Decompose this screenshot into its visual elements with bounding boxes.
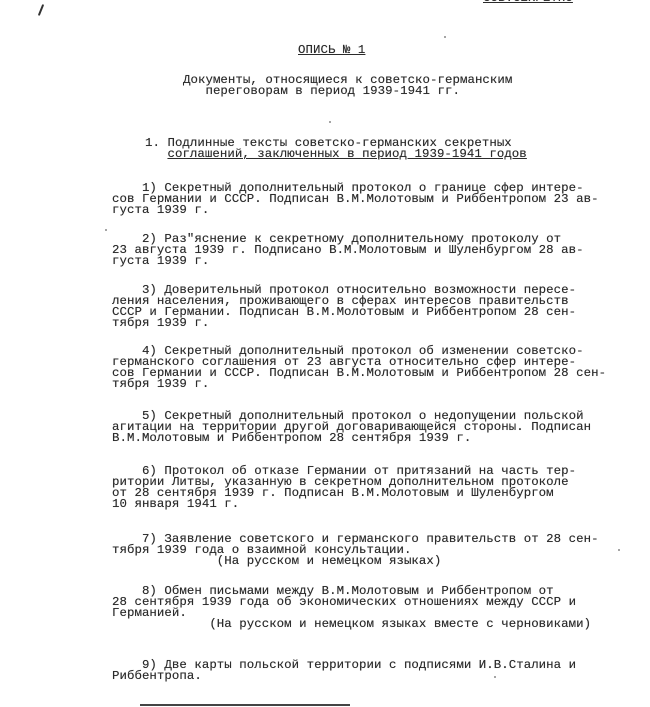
inventory-item: 7) Заявление советского и германского пр… xyxy=(112,534,599,567)
inventory-item: 4) Секретный дополнительный протокол об … xyxy=(112,346,606,390)
section-heading-line-2: соглашений, заключенных в период 1939-19… xyxy=(145,147,527,161)
inventory-item-line: тября 1939 г. xyxy=(112,379,606,390)
inventory-item-line: Риббентропа. xyxy=(112,671,576,682)
pen-mark xyxy=(38,4,44,16)
paper-speck xyxy=(105,229,107,231)
inventory-item: 2) Раз"яснение к секретному дополнительн… xyxy=(112,234,584,267)
inventory-item-line: 10 января 1941 г. xyxy=(112,499,576,510)
document-subtitle: Документы, относящиеся к советско-герман… xyxy=(183,75,512,97)
inventory-item: 3) Доверительный протокол относительно в… xyxy=(112,285,576,329)
inventory-item-line: густа 1939 г. xyxy=(112,205,599,216)
paper-speck xyxy=(494,676,496,678)
inventory-item-line: тября 1939 г. xyxy=(112,318,576,329)
inventory-item-line: В.М.Молотовым и Риббентропом 28 сентября… xyxy=(112,433,591,444)
inventory-item: 6) Протокол об отказе Германии от притяз… xyxy=(112,466,576,510)
inventory-item-line: (На русском и немецком языках вместе с ч… xyxy=(112,619,591,630)
paper-speck xyxy=(329,121,331,123)
inventory-item-line: густа 1939 г. xyxy=(112,256,584,267)
section-heading: 1. Подлинные тексты советско-германских … xyxy=(145,138,527,160)
inventory-item: 5) Секретный дополнительный протокол о н… xyxy=(112,411,591,444)
subtitle-line: переговорам в период 1939-1941 гг. xyxy=(183,86,512,97)
inventory-item: 9) Две карты польской территории с подпи… xyxy=(112,660,576,682)
paper-speck xyxy=(444,36,446,38)
paper-speck xyxy=(618,549,620,551)
page-title: ОПИСЬ № 1 xyxy=(298,45,365,56)
inventory-item: 1) Секретный дополнительный протокол о г… xyxy=(112,183,599,216)
classification-stamp: СОВ.СЕКРЕТНО xyxy=(483,0,573,4)
section-heading-line: соглашений, заключенных в период 1939-19… xyxy=(145,149,527,160)
inventory-item-line: (На русском и немецком языках) xyxy=(112,556,599,567)
bottom-rule xyxy=(140,704,350,706)
inventory-item: 8) Обмен письмами между В.М.Молотовым и … xyxy=(112,586,591,630)
